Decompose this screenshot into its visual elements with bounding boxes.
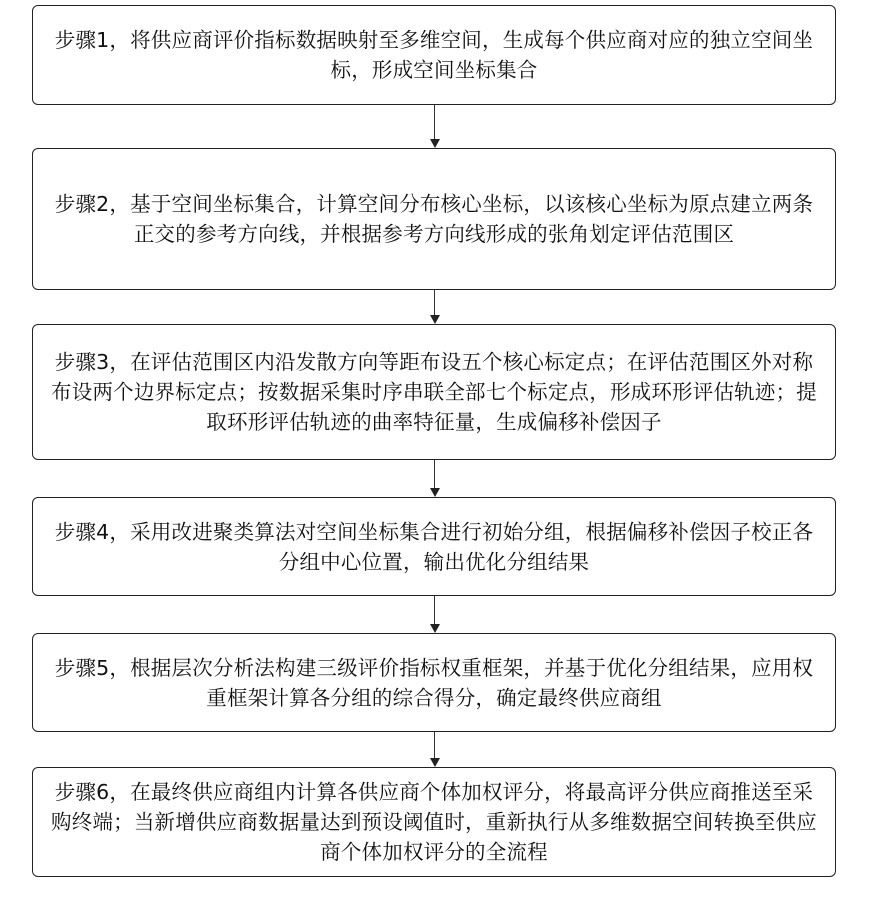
arrow-shaft	[434, 732, 435, 758]
arrow-down-icon	[430, 488, 440, 497]
step-3-box: 步骤3，在评估范围区内沿发散方向等距布设五个核心标定点；在评估范围区外对称布设两…	[32, 324, 836, 460]
arrow-shaft	[434, 460, 435, 488]
arrow-3-to-4	[434, 460, 436, 497]
arrow-down-icon	[430, 624, 440, 633]
arrow-5-to-6	[434, 732, 436, 767]
step-3-text: 步骤3，在评估范围区内沿发散方向等距布设五个核心标定点；在评估范围区外对称布设两…	[47, 347, 821, 437]
arrow-down-icon	[430, 139, 440, 148]
arrow-shaft	[434, 105, 435, 139]
step-6-box: 步骤6，在最终供应商组内计算各供应商个体加权评分，将最高评分供应商推送至采购终端…	[32, 767, 836, 877]
arrow-down-icon	[430, 758, 440, 767]
step-2-text: 步骤2，基于空间坐标集合，计算空间分布核心坐标，以该核心坐标为原点建立两条正交的…	[47, 189, 821, 249]
step-5-box: 步骤5，根据层次分析法构建三级评价指标权重框架，并基于优化分组结果，应用权重框架…	[32, 633, 836, 732]
arrow-1-to-2	[434, 105, 436, 148]
step-4-text: 步骤4，采用改进聚类算法对空间坐标集合进行初始分组，根据偏移补偿因子校正各分组中…	[47, 517, 821, 577]
step-5-text: 步骤5，根据层次分析法构建三级评价指标权重框架，并基于优化分组结果，应用权重框架…	[47, 653, 821, 713]
step-4-box: 步骤4，采用改进聚类算法对空间坐标集合进行初始分组，根据偏移补偿因子校正各分组中…	[32, 497, 836, 596]
step-1-box: 步骤1，将供应商评价指标数据映射至多维空间，生成每个供应商对应的独立空间坐标，形…	[32, 5, 836, 105]
step-2-box: 步骤2，基于空间坐标集合，计算空间分布核心坐标，以该核心坐标为原点建立两条正交的…	[32, 148, 836, 290]
arrow-shaft	[434, 290, 435, 315]
arrow-4-to-5	[434, 596, 436, 633]
arrow-2-to-3	[434, 290, 436, 324]
step-6-text: 步骤6，在最终供应商组内计算各供应商个体加权评分，将最高评分供应商推送至采购终端…	[47, 777, 821, 867]
arrow-shaft	[434, 596, 435, 624]
step-1-text: 步骤1，将供应商评价指标数据映射至多维空间，生成每个供应商对应的独立空间坐标，形…	[47, 25, 821, 85]
arrow-down-icon	[430, 315, 440, 324]
